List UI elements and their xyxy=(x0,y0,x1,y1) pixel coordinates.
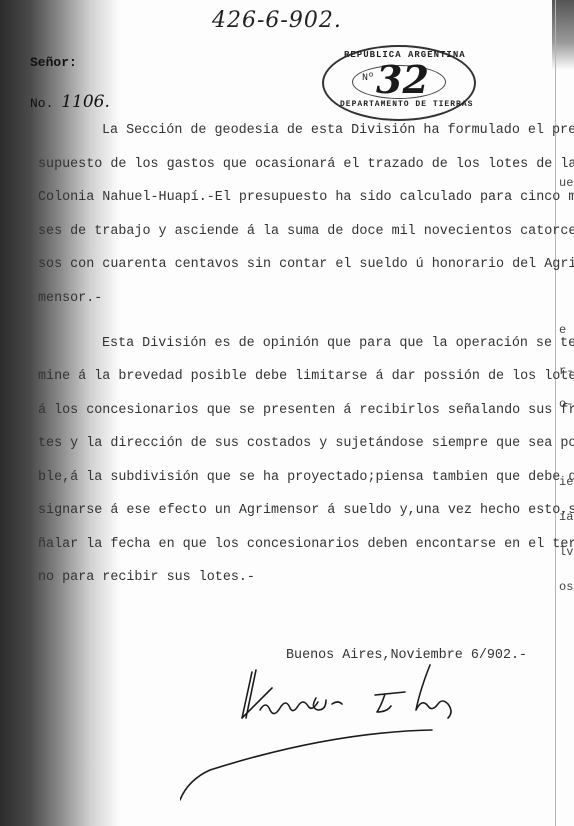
text-line: ble,á la subdivisión que se ha proyectad… xyxy=(38,467,558,501)
text-line: supuesto de los gastos que ocasionará el… xyxy=(38,154,558,188)
reference-value: 1106. xyxy=(61,92,110,112)
salutation: Señor: xyxy=(30,55,77,70)
text-line: mine á la brevedad posible debe limitars… xyxy=(38,366,558,400)
reference-label: No. xyxy=(30,96,53,111)
document-page: 426-6-902. Señor: No. 1106. REPÚBLICA AR… xyxy=(0,0,574,826)
text-line: Colonia Nahuel-Huapí.-El presupuesto ha … xyxy=(38,187,558,221)
margin-fragment: ia xyxy=(559,510,573,524)
stamp-number-label: Nº xyxy=(362,73,374,84)
margin-fragment: ue xyxy=(559,176,573,190)
file-number: 426-6-902. xyxy=(212,8,342,33)
text-line: no para recibir sus lotes.- xyxy=(38,567,558,601)
margin-fragment: os. xyxy=(559,580,574,594)
text-line: á los concesionarios que se presenten á … xyxy=(38,400,558,434)
handwritten-signature: Rosario Soler xyxy=(180,660,520,820)
stamp-bottom-text: DEPARTAMENTO DE TIERRAS xyxy=(340,100,473,109)
text-line: tes y la dirección de sus costados y suj… xyxy=(38,433,558,467)
text-line: signarse á ese efecto un Agrimensor á su… xyxy=(38,500,558,534)
text-line: sos con cuarenta centavos sin contar el … xyxy=(38,254,558,288)
margin-fragment: r- xyxy=(559,364,573,378)
text-line: Esta División es de opinión que para que… xyxy=(38,333,558,367)
margin-fragment: lv xyxy=(559,545,573,559)
letter-body: La Sección de geodesia de esta División … xyxy=(38,120,558,601)
official-stamp: REPÚBLICA ARGENTINA Nº 32 DEPARTAMENTO D… xyxy=(322,45,476,121)
text-line: La Sección de geodesia de esta División … xyxy=(38,120,558,154)
margin-fragment: e xyxy=(559,323,566,337)
stamp-number: 32 xyxy=(376,57,429,102)
margin-fragment: o- xyxy=(559,397,573,411)
text-line: ñalar la fecha en que los concesionarios… xyxy=(38,534,558,568)
margin-fragment: ie xyxy=(559,475,573,489)
text-line: ses de trabajo y asciende á la suma de d… xyxy=(38,221,558,255)
reference-number: No. 1106. xyxy=(30,92,110,112)
text-line: mensor.- xyxy=(38,288,558,333)
